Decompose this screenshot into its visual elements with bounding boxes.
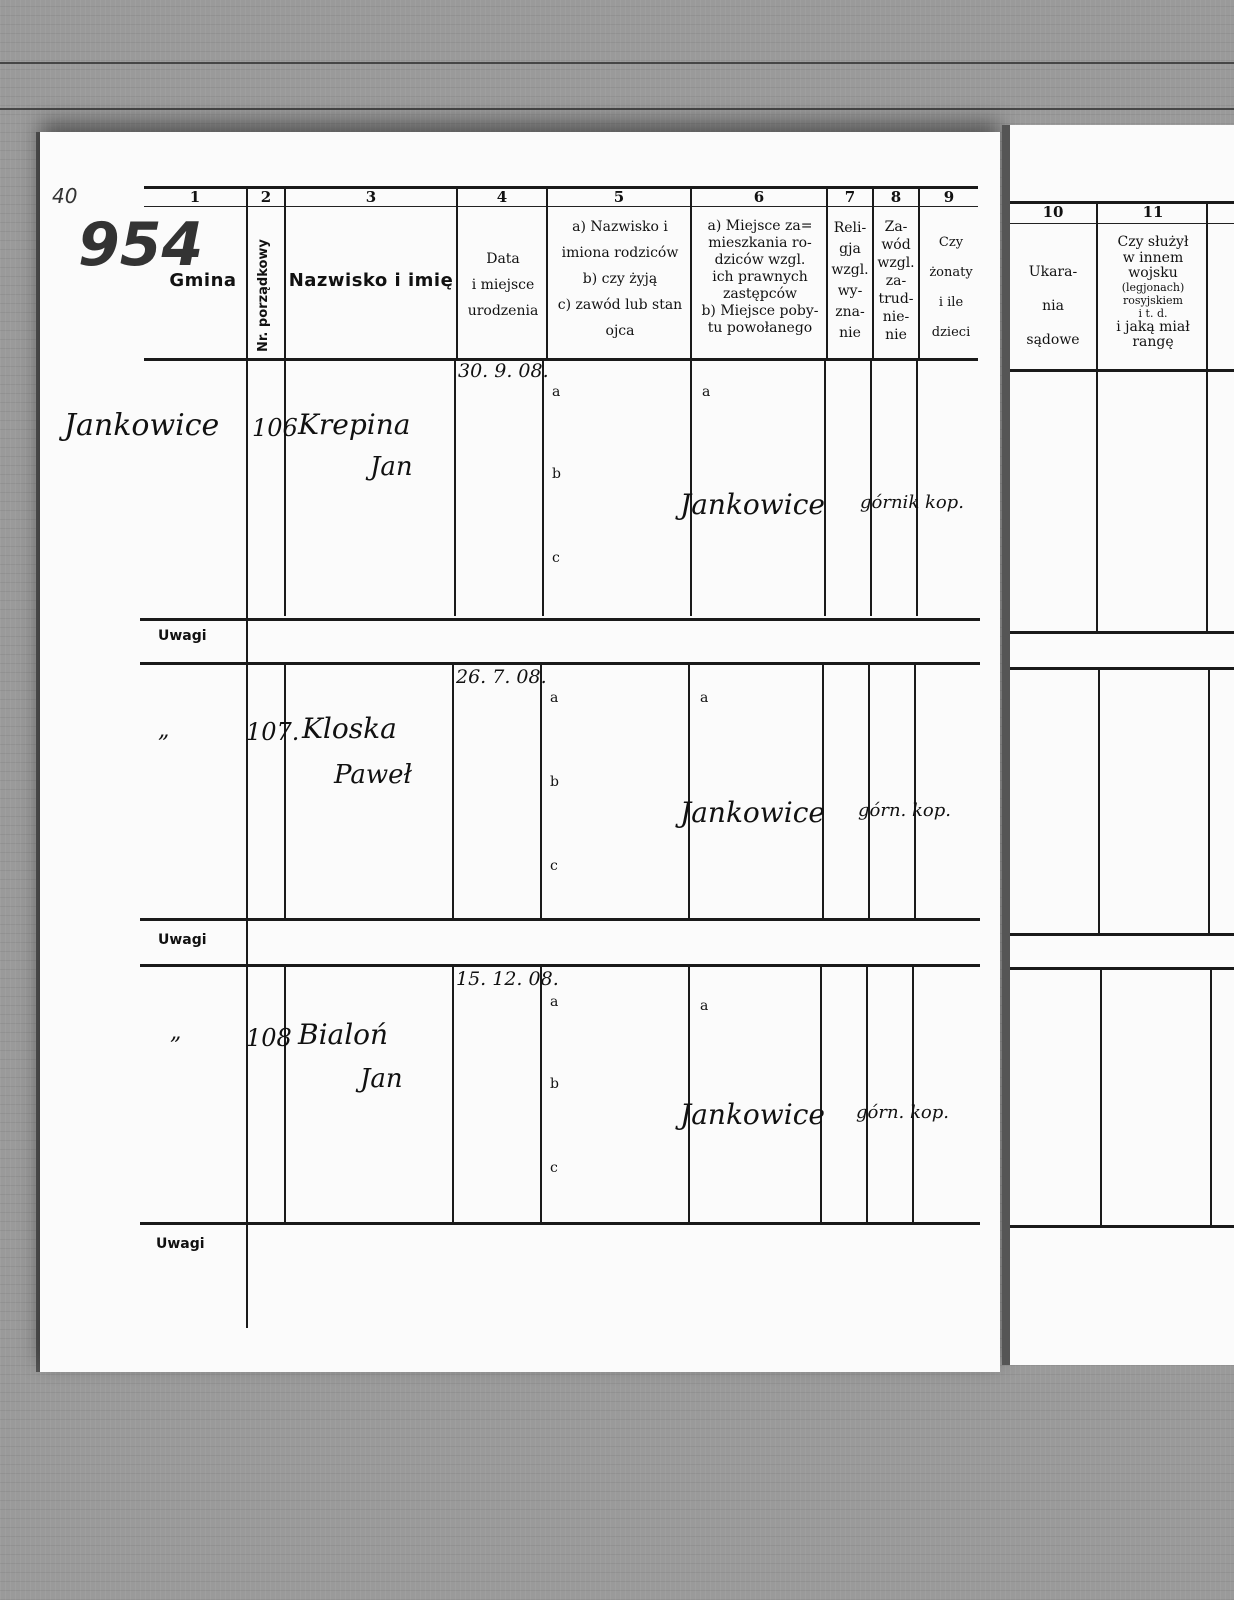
row-divider	[284, 664, 286, 918]
header-line: b) Miejsce poby-	[692, 303, 828, 320]
col-number-6: 6	[692, 188, 826, 206]
sub-label-b: b	[550, 1076, 559, 1092]
header-line: wzgl.	[828, 260, 872, 281]
remarks-label: Uwagi	[156, 1236, 205, 1252]
remarks-top-rule	[1010, 933, 1234, 936]
header-line: nie	[828, 323, 872, 344]
header-line: Za-	[874, 218, 918, 236]
entry-nr: 107.	[246, 718, 299, 746]
row-divider	[820, 966, 822, 1222]
header-line: trud-	[874, 290, 918, 308]
header-bottom-rule	[144, 358, 978, 361]
header-line: wzgl.	[874, 254, 918, 272]
sub-label-a: a	[700, 998, 708, 1014]
header-zawod: Za- wód wzgl. za- trud- nie- nie	[874, 218, 918, 344]
header-data-urodzenia: Data i miejsce urodzenia	[458, 246, 548, 324]
header-line: (legjonach)	[1098, 281, 1208, 294]
header-line: ich prawnych	[692, 269, 828, 286]
header-line: zna-	[828, 302, 872, 323]
col-number-8: 8	[874, 188, 918, 206]
col-number-3: 3	[286, 188, 456, 206]
entry-gmina-ditto: „	[170, 1020, 181, 1045]
header-line: nie	[874, 326, 918, 344]
remarks-top-rule	[140, 618, 980, 621]
header-line: b) czy żyją	[548, 266, 692, 292]
row-divider	[868, 664, 870, 918]
row-divider	[540, 664, 542, 918]
entry-birth-date: 15. 12. 08.	[456, 968, 559, 990]
entry-gmina: Jankowice	[64, 408, 219, 443]
header-number-rule	[1010, 223, 1234, 224]
header-divider	[284, 188, 286, 360]
col-number-11: 11	[1098, 203, 1208, 221]
remarks-top-rule	[140, 1222, 980, 1225]
header-line: dzieci	[920, 318, 982, 348]
entry-given-name: Jan	[370, 452, 413, 482]
header-bottom-rule	[1010, 369, 1234, 372]
row-divider	[284, 360, 286, 616]
header-line: nie-	[874, 308, 918, 326]
col-number-9: 9	[920, 188, 978, 206]
header-line: Ukara-	[1010, 255, 1096, 289]
header-line: urodzenia	[458, 298, 548, 324]
header-line: c) zawód lub stan	[548, 292, 692, 318]
header-line: wód	[874, 236, 918, 254]
remarks-bottom-rule	[1010, 967, 1234, 970]
col-number-4: 4	[458, 188, 546, 206]
sub-label-c: c	[550, 858, 558, 874]
header-line: Data	[458, 246, 548, 272]
header-nazwisko-imie: Nazwisko i imię	[286, 272, 456, 290]
header-nr-porzadkowy: Nr. porządkowy	[256, 212, 271, 352]
header-line: Czy	[920, 228, 982, 258]
header-divider	[918, 188, 920, 360]
header-line: i miejsce	[458, 272, 548, 298]
entry-occupation: górnik kop.	[860, 492, 964, 513]
sub-label-a: a	[700, 690, 708, 706]
remarks-bottom-rule	[140, 964, 980, 967]
header-divider	[456, 188, 458, 360]
header-line: ojca	[548, 318, 692, 344]
entry-surname: Krepina	[298, 408, 410, 441]
row-divider	[866, 966, 868, 1222]
header-gmina: Gmina	[160, 272, 246, 290]
header-line: rosyjskiem	[1098, 294, 1208, 307]
entry-residence: Jankowice	[680, 488, 825, 521]
header-line: za-	[874, 272, 918, 290]
remarks-label: Uwagi	[158, 628, 207, 644]
header-line: tu powołanego	[692, 320, 828, 337]
sub-label-b: b	[552, 466, 561, 482]
row-divider	[284, 966, 286, 1222]
remarks-top-rule	[140, 918, 980, 921]
entry-birth-date: 30. 9. 08.	[458, 360, 549, 382]
header-line: nia	[1010, 289, 1096, 323]
entry-nr: 106	[252, 414, 298, 442]
sub-label-c: c	[550, 1160, 558, 1176]
remarks-top-rule	[1010, 1225, 1234, 1228]
header-divider	[826, 188, 828, 360]
header-ukarania: Ukara- nia sądowe	[1010, 255, 1096, 357]
row-divider	[822, 664, 824, 918]
row-divider	[688, 664, 690, 918]
entry-given-name: Jan	[360, 1064, 403, 1094]
row-divider	[1210, 969, 1212, 1225]
sub-label-a: a	[552, 384, 560, 400]
archive-small-mark: 40	[52, 184, 77, 208]
scan-line	[0, 108, 1234, 110]
row-divider	[1100, 969, 1102, 1225]
header-divider	[872, 188, 874, 360]
header-line: Reli-	[828, 218, 872, 239]
row-divider	[452, 664, 454, 918]
scan-line	[0, 62, 1234, 64]
remarks-top-rule	[1010, 631, 1234, 634]
col-number-7: 7	[828, 188, 872, 206]
header-line: i jaką miał	[1098, 320, 1208, 335]
header-line: i ile	[920, 288, 982, 318]
header-line: mieszkania ro-	[692, 235, 828, 252]
header-line: dziców wzgl.	[692, 252, 828, 269]
remarks-label: Uwagi	[158, 932, 207, 948]
sub-label-a: a	[550, 690, 558, 706]
remarks-bottom-rule	[1010, 667, 1234, 670]
entry-gmina-ditto: „	[158, 718, 169, 743]
entry-occupation: górn. kop.	[856, 1102, 949, 1123]
header-line: sądowe	[1010, 323, 1096, 357]
header-line: w innem	[1098, 251, 1208, 266]
row-divider	[870, 360, 872, 616]
sub-label-c: c	[552, 550, 560, 566]
entry-birth-date: 26. 7. 08.	[456, 666, 547, 688]
header-zonaty: Czy żonaty i ile dzieci	[920, 228, 982, 348]
header-rodzice: a) Nazwisko i imiona rodziców b) czy żyj…	[548, 214, 692, 344]
header-sluzba-wojskowa: Czy służył w innem wojsku (legjonach) ro…	[1098, 233, 1208, 350]
entry-surname: Kloska	[302, 712, 397, 745]
row-divider	[454, 360, 456, 616]
header-line: a) Miejsce za=	[692, 218, 828, 235]
header-line: zastępców	[692, 286, 828, 303]
entry-occupation: górn. kop.	[858, 800, 951, 821]
register-page-left: 40 954 1 2 3 4 5 6 7 8 9 Gmina Nr. porzą…	[40, 132, 1000, 1372]
header-miejsce-zamieszkania: a) Miejsce za= mieszkania ro- dziców wzg…	[692, 218, 828, 337]
column-divider-main	[246, 188, 248, 1328]
sub-label-b: b	[550, 774, 559, 790]
entry-given-name: Paweł	[334, 760, 412, 790]
header-number-rule	[144, 206, 978, 207]
col-number-1: 1	[144, 188, 246, 206]
col-number-5: 5	[548, 188, 690, 206]
sub-label-a: a	[702, 384, 710, 400]
row-divider	[1208, 669, 1210, 933]
row-divider	[912, 966, 914, 1222]
header-line: żonaty	[920, 258, 982, 288]
remarks-bottom-rule	[140, 662, 980, 665]
header-religia: Reli- gja wzgl. wy- zna- nie	[828, 218, 872, 344]
register-page-right: 10 11 Ukara- nia sądowe Czy służył w inn…	[1002, 125, 1234, 1365]
row-divider	[1098, 669, 1100, 933]
entry-nr: 108	[246, 1024, 292, 1052]
entry-residence: Jankowice	[680, 1098, 825, 1131]
row-divider	[914, 664, 916, 918]
row-divider	[540, 966, 542, 1222]
header-line: wy-	[828, 281, 872, 302]
header-divider	[546, 188, 548, 360]
col-number-2: 2	[248, 188, 284, 206]
sub-label-a: a	[550, 994, 558, 1010]
header-line: Czy służył	[1098, 233, 1208, 251]
row-divider	[688, 966, 690, 1222]
header-divider	[690, 188, 692, 360]
header-line: rangę	[1098, 335, 1208, 350]
row-divider	[452, 966, 454, 1222]
header-line: a) Nazwisko i	[548, 214, 692, 240]
header-line: imiona rodziców	[548, 240, 692, 266]
col-number-10: 10	[1010, 203, 1096, 221]
entry-surname: Bialoń	[298, 1018, 388, 1051]
row-divider	[916, 360, 918, 616]
row-divider	[542, 360, 544, 616]
header-line: wojsku	[1098, 266, 1208, 281]
entry-residence: Jankowice	[680, 796, 825, 829]
header-line: gja	[828, 239, 872, 260]
